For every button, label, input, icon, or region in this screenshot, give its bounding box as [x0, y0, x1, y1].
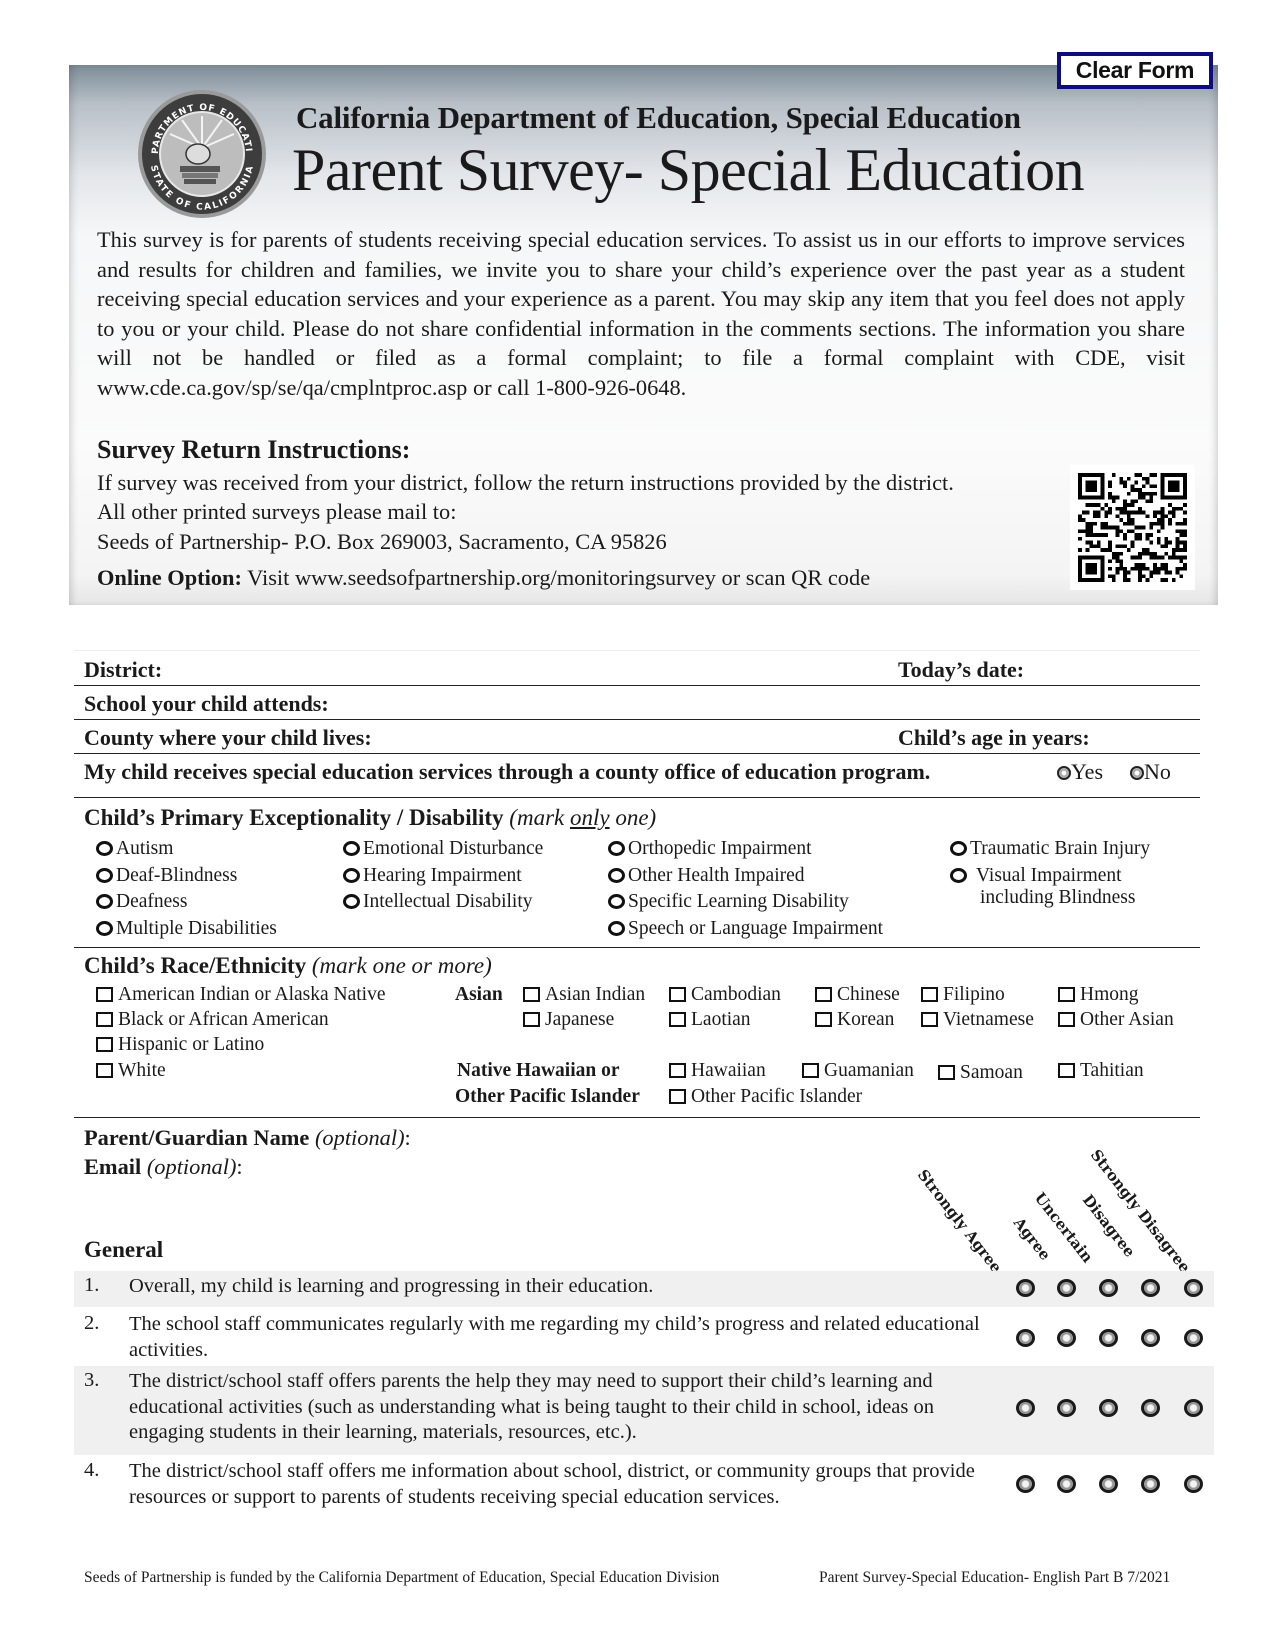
checkbox[interactable] [921, 987, 938, 1002]
race-option[interactable]: Filipino [921, 984, 1005, 1006]
checkbox[interactable] [96, 1037, 113, 1052]
option-label: Visual Impairment [976, 865, 1135, 887]
checkbox[interactable] [669, 1089, 686, 1104]
radio-button[interactable] [343, 841, 360, 856]
todays-date-field[interactable]: Today’s date: [898, 657, 1024, 683]
checkbox[interactable] [802, 1063, 819, 1078]
department-title: California Department of Education, Spec… [296, 100, 1021, 136]
radio-button[interactable] [608, 894, 625, 909]
disability-option[interactable]: Emotional Disturbance [343, 838, 543, 860]
return-instruction-line: All other printed surveys please mail to… [97, 499, 456, 525]
checkbox[interactable] [96, 987, 113, 1002]
asian-group-label: Asian [455, 984, 503, 1006]
option-label: Chinese [837, 984, 900, 1006]
radio-button[interactable] [608, 841, 625, 856]
rating-radio-agree[interactable] [1057, 1399, 1076, 1417]
option-label: Filipino [943, 984, 1005, 1006]
option-label: American Indian or Alaska Native [118, 984, 386, 1006]
rating-radio-strongly-disagree[interactable] [1184, 1399, 1203, 1417]
question-number: 1. [84, 1274, 99, 1297]
pacific-group-label: Other Pacific Islander [455, 1086, 640, 1108]
question-number: 3. [84, 1369, 99, 1392]
race-option[interactable]: Vietnamese [921, 1009, 1034, 1031]
online-option-label: Online Option: [97, 565, 242, 590]
rating-radio-disagree[interactable] [1141, 1475, 1160, 1493]
pacific-group-label: Native Hawaiian or [457, 1060, 619, 1082]
option-label: Tahitian [1080, 1060, 1144, 1082]
checkbox[interactable] [1058, 987, 1075, 1002]
race-option[interactable]: Hispanic or Latino [96, 1034, 264, 1056]
scale-header: Strongly Agree [914, 1166, 1006, 1276]
option-label: Traumatic Brain Injury [970, 838, 1150, 860]
option-label: Multiple Disabilities [116, 918, 277, 940]
radio-button[interactable] [343, 868, 360, 883]
checkbox[interactable] [938, 1065, 955, 1080]
radio-button[interactable] [96, 921, 113, 936]
race-option[interactable]: Hawaiian [669, 1060, 766, 1082]
checkbox[interactable] [815, 1012, 832, 1027]
option-label: Samoan [960, 1062, 1023, 1084]
race-option[interactable]: Other Asian [1058, 1009, 1174, 1031]
race-option[interactable]: White [96, 1060, 166, 1082]
checkbox[interactable] [669, 1012, 686, 1027]
rating-radio-strongly-disagree[interactable] [1184, 1279, 1203, 1297]
option-label: Asian Indian [545, 984, 645, 1006]
yes-label: Yes [1071, 759, 1103, 784]
rating-radio-strongly-agree[interactable] [1016, 1475, 1035, 1493]
option-label: Other Health Impaired [628, 865, 805, 887]
disability-option[interactable]: Visual Impairmentincluding Blindness [950, 865, 1135, 909]
race-option[interactable]: Laotian [669, 1009, 751, 1031]
intro-paragraph: This survey is for parents of students r… [97, 225, 1185, 403]
checkbox[interactable] [921, 1012, 938, 1027]
option-label: Guamanian [824, 1060, 914, 1082]
option-label: Korean [837, 1009, 894, 1031]
no-label: No [1144, 759, 1171, 784]
question-text: The district/school staff offers me info… [129, 1459, 999, 1510]
rating-radio-disagree[interactable] [1141, 1329, 1160, 1347]
disability-heading: Child’s Primary Exceptionality / Disabil… [84, 805, 656, 831]
clear-form-button[interactable]: Clear Form [1057, 52, 1213, 89]
checkbox[interactable] [669, 1063, 686, 1078]
radio-button[interactable] [96, 868, 113, 883]
school-field[interactable]: School your child attends: [84, 691, 329, 717]
rating-radio-disagree[interactable] [1141, 1279, 1160, 1297]
rating-radio-agree[interactable] [1057, 1329, 1076, 1347]
race-option[interactable]: Korean [815, 1009, 894, 1031]
race-option[interactable]: Other Pacific Islander [669, 1086, 862, 1108]
footer-form-id: Parent Survey-Special Education- English… [819, 1569, 1170, 1587]
mailing-address: Seeds of Partnership- P.O. Box 269003, S… [97, 529, 667, 555]
option-label: Cambodian [691, 984, 781, 1006]
race-option[interactable]: Chinese [815, 984, 900, 1006]
race-option[interactable]: Samoan [938, 1062, 1023, 1084]
race-option[interactable]: American Indian or Alaska Native [96, 984, 386, 1006]
checkbox[interactable] [96, 1063, 113, 1078]
child-age-field[interactable]: Child’s age in years: [898, 725, 1090, 751]
option-label: Orthopedic Impairment [628, 838, 812, 860]
radio-button[interactable] [608, 868, 625, 883]
race-option[interactable]: Guamanian [802, 1060, 914, 1082]
radio-button[interactable] [950, 868, 967, 883]
checkbox[interactable] [1058, 1012, 1075, 1027]
disability-option[interactable]: Multiple Disabilities [96, 918, 277, 940]
online-option-text[interactable]: Visit www.seedsofpartnership.org/monitor… [242, 565, 870, 590]
rating-radio-strongly-disagree[interactable] [1184, 1475, 1203, 1493]
rating-radio-agree[interactable] [1057, 1279, 1076, 1297]
race-option[interactable]: Tahitian [1058, 1060, 1144, 1082]
county-field[interactable]: County where your child lives: [84, 725, 372, 751]
option-label: White [118, 1060, 166, 1082]
race-option[interactable]: Asian Indian [523, 984, 645, 1006]
question-row: 1.Overall, my child is learning and prog… [74, 1271, 1214, 1307]
page-title: Parent Survey- Special Education [292, 136, 1084, 205]
race-option[interactable]: Japanese [523, 1009, 614, 1031]
checkbox[interactable] [96, 1012, 113, 1027]
option-label: Speech or Language Impairment [628, 918, 883, 940]
rating-radio-uncertain[interactable] [1099, 1475, 1118, 1493]
district-field[interactable]: District: [84, 657, 162, 683]
checkbox[interactable] [815, 987, 832, 1002]
rating-radio-uncertain[interactable] [1099, 1399, 1118, 1417]
checkbox[interactable] [523, 987, 540, 1002]
option-label: Hispanic or Latino [118, 1034, 264, 1056]
radio-button[interactable] [950, 841, 967, 856]
question-row: 3.The district/school staff offers paren… [74, 1366, 1214, 1455]
question-number: 4. [84, 1459, 99, 1482]
option-label: Intellectual Disability [363, 891, 533, 913]
option-label: Emotional Disturbance [363, 838, 543, 860]
county-office-no-option[interactable]: No [1130, 759, 1171, 785]
email-field[interactable]: Email (optional): [84, 1154, 243, 1180]
radio-button[interactable] [608, 921, 625, 936]
radio-button[interactable] [96, 841, 113, 856]
return-instructions-heading: Survey Return Instructions: [97, 435, 410, 465]
no-radio[interactable] [1130, 766, 1144, 780]
question-text: The district/school staff offers parents… [129, 1369, 999, 1446]
option-label: Japanese [545, 1009, 614, 1031]
disability-option[interactable]: Autism [96, 838, 173, 860]
option-label: Specific Learning Disability [628, 891, 849, 913]
radio-button[interactable] [96, 894, 113, 909]
county-office-question: My child receives special education serv… [84, 759, 930, 785]
option-label: Deaf-Blindness [116, 865, 237, 887]
race-option[interactable]: Hmong [1058, 984, 1139, 1006]
option-label: Laotian [691, 1009, 751, 1031]
department-of-education-seal-icon: DEPARTMENT OF EDUCATION STATE OF CALIFOR… [136, 88, 268, 220]
return-instruction-line: If survey was received from your distric… [97, 470, 954, 496]
disability-option[interactable]: Speech or Language Impairment [608, 918, 883, 940]
race-option[interactable]: Cambodian [669, 984, 781, 1006]
option-label: Other Pacific Islander [691, 1086, 862, 1108]
disability-option[interactable]: Traumatic Brain Injury [950, 838, 1150, 860]
option-label: Hawaiian [691, 1060, 766, 1082]
option-label-continued: including Blindness [980, 887, 1135, 909]
option-label: Vietnamese [943, 1009, 1034, 1031]
online-option: Online Option: Visit www.seedsofpartners… [97, 565, 870, 591]
qr-code-icon[interactable] [1070, 465, 1195, 590]
question-text: The school staff communicates regularly … [129, 1312, 999, 1363]
option-label: Deafness [116, 891, 187, 913]
option-label: Autism [116, 838, 173, 860]
parent-name-field[interactable]: Parent/Guardian Name (optional): [84, 1125, 411, 1151]
disability-option[interactable]: Intellectual Disability [343, 891, 533, 913]
option-label: Hmong [1080, 984, 1139, 1006]
radio-button[interactable] [343, 894, 360, 909]
county-office-yes-option[interactable]: Yes [1057, 759, 1103, 785]
rating-radio-strongly-agree[interactable] [1016, 1329, 1035, 1347]
option-label: Other Asian [1080, 1009, 1174, 1031]
question-text: Overall, my child is learning and progre… [129, 1274, 999, 1300]
rating-radio-uncertain[interactable] [1099, 1329, 1118, 1347]
footer-funding-note: Seeds of Partnership is funded by the Ca… [84, 1569, 719, 1587]
disability-option[interactable]: Hearing Impairment [343, 865, 522, 887]
rating-radio-strongly-disagree[interactable] [1184, 1329, 1203, 1347]
checkbox[interactable] [523, 1012, 540, 1027]
disability-option[interactable]: Deafness [96, 891, 187, 913]
disability-option[interactable]: Specific Learning Disability [608, 891, 849, 913]
disability-option[interactable]: Deaf-Blindness [96, 865, 237, 887]
disability-option[interactable]: Other Health Impaired [608, 865, 805, 887]
option-label: Black or African American [118, 1009, 329, 1031]
question-number: 2. [84, 1312, 99, 1335]
yes-radio[interactable] [1057, 766, 1071, 780]
general-section-heading: General [84, 1237, 163, 1263]
rating-radio-strongly-agree[interactable] [1016, 1279, 1035, 1297]
rating-radio-disagree[interactable] [1141, 1399, 1160, 1417]
rating-radio-agree[interactable] [1057, 1475, 1076, 1493]
option-label: Hearing Impairment [363, 865, 522, 887]
question-row: 2.The school staff communicates regularl… [74, 1309, 1214, 1365]
checkbox[interactable] [1058, 1063, 1075, 1078]
race-heading: Child’s Race/Ethnicity (mark one or more… [84, 953, 492, 979]
race-option[interactable]: Black or African American [96, 1009, 329, 1031]
question-row: 4.The district/school staff offers me in… [74, 1456, 1214, 1540]
checkbox[interactable] [669, 987, 686, 1002]
disability-option[interactable]: Orthopedic Impairment [608, 838, 812, 860]
rating-radio-strongly-agree[interactable] [1016, 1399, 1035, 1417]
rating-radio-uncertain[interactable] [1099, 1279, 1118, 1297]
